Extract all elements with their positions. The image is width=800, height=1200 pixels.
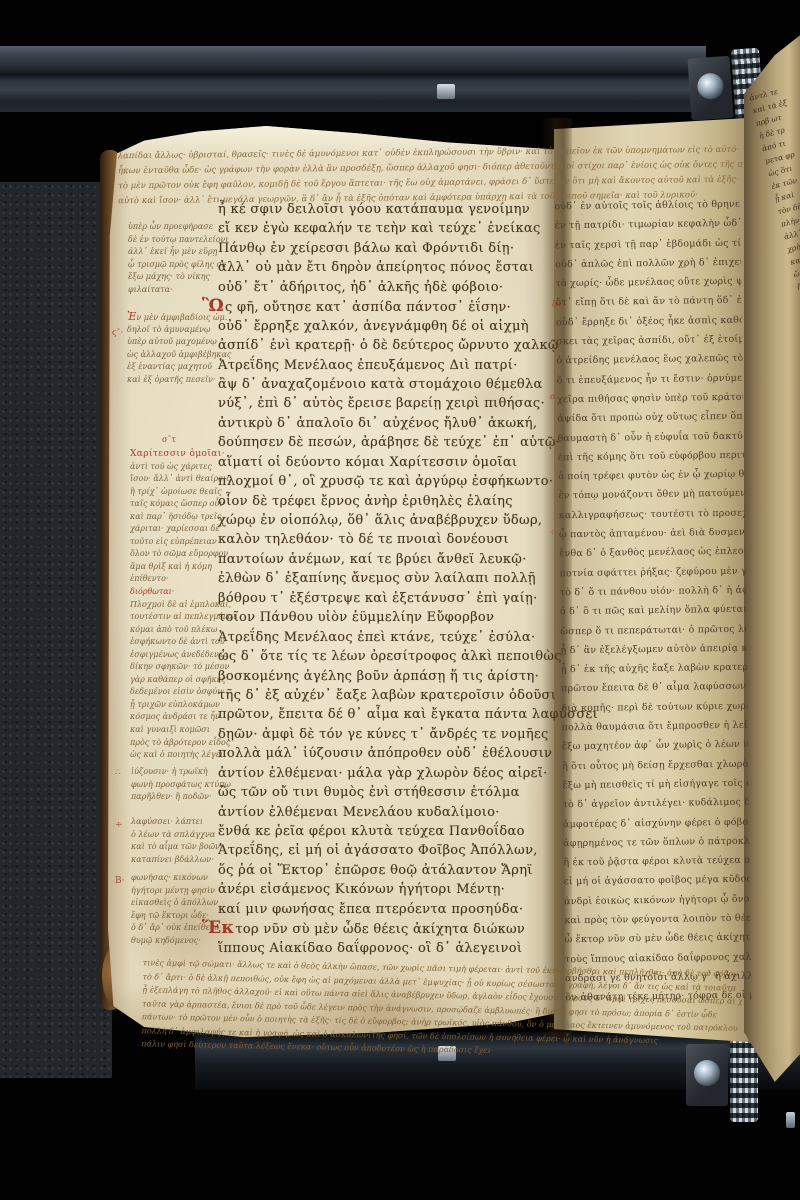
commentary-line: οὐδ᾽ ἔρρηξε δι᾽ ὀξέος ἧκε ἀσπὶς καθότι ο… — [556, 311, 742, 333]
verse-line: βοσκομένης ἀγέλης βοῦν ἁρπάσῃ ἥ τις ἀρίσ… — [218, 667, 554, 686]
scholion-line: καὶ τὸ αἷμα τῶν βοῶν — [131, 841, 219, 854]
commentary-line: ἀμφοτέρας δ᾽ αἰσχύνην φέρει ὁ φόβος τοῖς… — [563, 812, 749, 834]
scholion-line: ἴσου· ἄλλ᾽ ἀντὶ θεαίροις — [130, 473, 220, 486]
scholion-line: καὶ παρ᾽ ἡσιόδῳ τρεῖς — [130, 511, 220, 524]
commentary-line: τὸ δ᾽ ἀγρεῖον ἀντιλέγει· κυδάλιμος δ᾽ ὁ … — [563, 793, 749, 815]
scholion-body: ἀντὶ τοῦ ὡς χάριτεςἴσου· ἄλλ᾽ ἀντὶ θεαίρ… — [130, 461, 220, 762]
verse-text: δῃῶν· ἀμφὶ δὲ τόν γε κύνες τ᾽ ἄνδρές τε … — [218, 727, 549, 742]
verse-text: Ἀτρεΐδης Μενέλαος ἐπεὶ κτάνε, τεύχε᾽ ἐσύ… — [218, 630, 535, 645]
verse-text: ἵππους Αἰακίδαο δαΐφρονος· οἳ δ᾽ ἀλεγειν… — [218, 941, 522, 956]
commentary-line: ὦ ἕκτορ νῦν σὺ μὲν ὧδε θέεις ἀκίχητα διώ… — [564, 928, 750, 950]
verse-text: καί μιν φωνήσας ἔπεα πτερόεντα προσηύδα· — [218, 902, 523, 917]
scholion-line: καὶ ἐξ ὁρατῆς πεσεῖν· — [127, 374, 217, 387]
verse-text: τῆς δ᾽ ἐξ αὐχέν᾽ ἔαξε λαβὼν κρατεροῖσιν … — [218, 688, 556, 703]
commentary-line: χεῖρα πιθήσας φησὶν ὑπὲρ τοῦ κράτους δὲ … — [557, 388, 743, 410]
verse-line: ὅς ῥά οἱ Ἕκτορ᾽ ἐπῶρσε θοῷ ἀτάλαντον Ἄρη… — [218, 861, 554, 880]
verse-text: χώρῳ ἐν οἰοπόλῳ, ὅθ᾽ ἅλις ἀναβέβρυχεν ὕδ… — [218, 513, 542, 528]
facing-page-text: οὐδ᾽ ἐν αὐτοῖς τοῖς ἀθλίοις τὸ θρηνεῖν κ… — [554, 195, 752, 1028]
scholion-line: δηλοῖ τὸ ἀμυναμένῳ — [127, 324, 217, 337]
verse-line: ἀντίον ἐλθέμεναι Μενελάου κυδαλίμοιο· — [218, 803, 554, 822]
commentary-line: ἔνθα δ᾽ ὁ ξανθὸς μενέλαος ὡς ἐπλεονέκτησ… — [559, 542, 745, 564]
scholion-line: ᾗ τριχῶν εὐπλοκάμων — [130, 699, 220, 712]
verse-line: ἀνέρι εἰσάμενος Κικόνων ἡγήτορι Μέντῃ· — [218, 880, 554, 899]
verse-text: δούπησεν δὲ πεσών, ἀράβησε δὲ τεύχε᾽ ἐπ᾽… — [218, 435, 560, 450]
verse-line: ἔνθά κε ῥεῖα φέροι κλυτὰ τεύχεα Πανθοΐδα… — [218, 822, 554, 841]
scholion-line: ᾧ τρισμῷ πρὸς φίλης σε — [128, 259, 216, 272]
verse-line: Ἕκτορ νῦν σὺ μὲν ὧδε θέεις ἀκίχητα διώκω… — [218, 919, 554, 938]
verse-text: Ἀτρεΐδης, εἰ μή οἱ ἀγάσσατο Φοῖβος Ἀπόλλ… — [218, 843, 538, 858]
verse-line: Ἀτρεΐδης Μενέλαος ἐπευξάμενος Διὶ πατρί· — [218, 356, 554, 375]
verse-line: οὐδ᾽ ἔρρηξε χαλκόν, ἀνεγνάμφθη δέ οἱ αἰχ… — [218, 317, 554, 336]
scholia-block-a: ὑπὲρ ὧν προεφήρασεδὲ ἐν τούτῳ παντελείον… — [128, 221, 216, 296]
commentary-line: ἐν τῇ πατρίδι· τιμωρίαν κεφαλὴν ὧδ᾽ ὀνομ… — [554, 214, 740, 236]
scholion-line: ὑπὲρ αὐτοῦ μαχομένῳ — [127, 336, 217, 349]
scholion-line: ἐσφιγμένως ἀνεδέδεντο — [130, 649, 220, 662]
scholion-line: ἐπίθεντο· — [130, 573, 220, 586]
verse-line: νύξ᾽, ἐπὶ δ᾽ αὐτὸς ἔρεισε βαρείῃ χειρὶ π… — [218, 394, 554, 413]
scholion-line: τοῦτο εἰς εὐπρέπειαν — [130, 536, 220, 549]
verse-text: παντοίων ἀνέμων, καί τε βρύει ἄνθεϊ λευκ… — [218, 552, 527, 567]
commentary-line: θαυμαστὴ δ᾽ οὖν ἡ εὐφυΐα τοῦ δακτύλου κα… — [557, 426, 743, 448]
commentary-line: τὸ δ᾽ ὅ τι πάνθου υἱόν· πολλὴ δ᾽ ἡ ἀφορμ… — [560, 581, 746, 603]
verse-line: τῆς δ᾽ ἐξ αὐχέν᾽ ἔαξε λαβὼν κρατεροῖσιν … — [218, 686, 554, 705]
verse-line: ἀσπίδ᾽ ἐνὶ κρατερῇ· ὁ δὲ δεύτερος ὤρνυτο… — [218, 336, 554, 355]
commentary-line: ἢ ἐκ τοῦ ῥᾷστα φέροι κλυτὰ τεύχεα πανθοΐ… — [563, 851, 749, 873]
commentary-line: ποτνία σφάττει ῥήξας· ζεφύρου μὲν γὰρ τὸ… — [559, 561, 745, 583]
curled-fore-edge-page: ἀντλ τεκαὶ τὰ ἑξπρβ ωτἡ δὲ τρἀπό τιμετα … — [744, 22, 800, 1126]
commentary-line: ἐπὶ τῆς κόμης ὅτι τοῦ εὐφόρβου περιττῶς … — [558, 446, 744, 468]
scholion-line: φωνὴ προσφάτως κτύπῳ — [131, 779, 219, 792]
verse-text: εἴ κεν ἐγὼ κεφαλήν τε τεὴν καὶ τεύχε᾽ ἐν… — [218, 221, 541, 236]
commentary-line: τοὺς ἵππους αἰακίδαο δαΐφρονος χαλεποὶ δ… — [565, 947, 751, 969]
scholia-block-e: λαφύσσει· λάπτειὁ λέων τὰ σπλάγχνακαὶ τὸ… — [131, 816, 219, 866]
verse-line: χώρῳ ἐν οἰοπόλῳ, ὅθ᾽ ἅλις ἀναβέβρυχεν ὕδ… — [218, 511, 554, 530]
verse-initial: Ὣ — [202, 297, 224, 316]
scholia-mark: σ῀τ — [162, 435, 176, 444]
scholion-line: ἢ τρίχ᾽ ὡμοίωσε θεαῖς — [130, 486, 220, 499]
verse-line: ἂψ δ᾽ ἀναχαζομένοιο κατὰ στομάχοιο θέμεθ… — [218, 375, 554, 394]
verse-text: πολλὰ μάλ᾽ ἰύζουσιν ἀπόπροθεν οὐδ᾽ ἐθέλο… — [218, 746, 552, 761]
verse-text: ἀντικρὺ δ᾽ ἁπαλοῖο δι᾽ αὐχένος ἤλυθ᾽ ἀκω… — [218, 416, 537, 431]
commentary-line: σκει τὰς χεῖρας ἀσπίδι, οὔτ᾽ ἐξ ἑτοίμου … — [556, 330, 742, 352]
scholion-line: καταπίνει βδάλλων· — [131, 854, 219, 867]
scholion-line: ὅλον τὸ σῶμα εὔμορφον — [130, 548, 220, 561]
verse-line: ἀντικρὺ δ᾽ ἁπαλοῖο δι᾽ αὐχένος ἤλυθ᾽ ἀκω… — [218, 414, 554, 433]
scholion-line: δίκην σφηκῶν· τὸ μέσον — [130, 661, 220, 674]
commentary-line: πρῶτον ἔπειτα δὲ θ᾽ αἷμα λαφύσσων ἀναφαν… — [561, 677, 747, 699]
verse-line: Ἀτρεΐδης, εἰ μή οἱ ἀγάσσατο Φοῖβος Ἀπόλλ… — [218, 841, 554, 860]
commentary-line: διὰ κοπῆς· περὶ δὲ τούτων κύριε χωρεῖ μέ… — [561, 696, 747, 718]
background-felt-panel — [0, 182, 112, 1078]
verse-text: ἐλθὼν δ᾽ ἐξαπίνης ἄνεμος σὺν λαίλαπι πολ… — [218, 571, 536, 586]
commentary-line: ᾧ παντὸς ἁπταμένου· ἀεὶ διὰ δυσμενείας α… — [559, 523, 745, 545]
commentary-line: ὅ τι ἐπευξάμενος ἦν τι ἔστιν· ὀρνύμενος … — [557, 368, 743, 390]
verse-text: τορ νῦν σὺ μὲν ὧδε θέεις ἀκίχητα διώκων — [235, 922, 525, 937]
verse-text: ὣς τῶν οὔ τινι θυμὸς ἐνὶ στήθεσσιν ἐτόλμ… — [218, 785, 520, 800]
scholion-line: ἔξω μάχης· τὸ νίκης — [128, 271, 216, 284]
commentary-line: ὥσπερ ὅ τι πεπεράτωται· ὁ πρῶτος λαμβανό… — [560, 619, 746, 641]
commentary-line: ὃν ἀθανάτη τέκε μήτηρ· τόφρα δέ οἱ μενέλ… — [565, 986, 751, 1008]
scholion-line: ὁ λέων τὰ σπλάγχνα — [131, 829, 219, 842]
scholion-line: φωνήσας· κικόνων — [131, 872, 219, 885]
scholia-siglum: Β· — [115, 876, 124, 886]
verse-line: καλὸν τηλεθάον· τὸ δέ τε πνοιαὶ δονέουσι — [218, 530, 554, 549]
scholion-line: ἐξ ἐναντίας μαχητοῦ — [127, 361, 217, 374]
verse-line: πρῶτον, ἔπειτα δέ θ᾽ αἷμα καὶ ἔγκατα πάν… — [218, 705, 554, 724]
scholion-line: παρῆλθεν· ἢ ποδῶν· — [131, 791, 219, 804]
verse-line: δούπησεν δὲ πεσών, ἀράβησε δὲ τεύχε᾽ ἐπ᾽… — [218, 433, 554, 452]
scholia-block-d: ἰύζουσιν· ἡ τρωϊκὴφωνὴ προσφάτως κτύπῳπα… — [131, 766, 219, 804]
commentary-line: ὁ ποίη τρέφει φυτὸν ὡς ἐν ᾧ χωρίῳ θάλλον… — [558, 465, 744, 487]
scholia-siglum: ϛ῀· — [112, 328, 123, 337]
scholion-line: διόρθωται· — [130, 586, 220, 599]
fore-edge-text: ἀντλ τεκαὶ τὰ ἑξπρβ ωτἡ δὲ τρἀπό τιμετα … — [748, 79, 800, 470]
verse-text: ἀλλ᾽ οὐ μὰν ἔτι δηρὸν ἀπείρητος πόνος ἔσ… — [218, 260, 534, 275]
commentary-line: ὅτ᾽ εἴπῃ ὅτι δὲ καὶ ἄν τὸ πάντη ὅδ᾽ ἐς ὅ… — [556, 291, 742, 313]
commentary-line: ἔξω μαχητέον ἀφ᾽ ὧν χωρὶς ὁ λέων νομῆας … — [562, 735, 748, 757]
commentary-line: ἀφῃρημένος τε τῶν ὅπλων ὁ πάτροκλος ἔκει… — [563, 831, 749, 853]
scholion-line: ἀλλ᾽ ἐκεῖ ἦν μὲν εὕρῃ — [128, 246, 216, 259]
verse-line: δῃῶν· ἀμφὶ δὲ τόν γε κύνες τ᾽ ἄνδρές τε … — [218, 725, 554, 744]
scholion-line: ἰύζουσιν· ἡ τρωϊκὴ — [131, 766, 219, 779]
verse-line: εἴ κεν ἐγὼ κεφαλήν τε τεὴν καὶ τεύχε᾽ ἐν… — [218, 219, 554, 238]
scholion-line: ἀντὶ τοῦ ὡς χάριτες — [130, 461, 220, 474]
commentary-line: ἐν ταῖς χερσὶ τῇ παρ᾽ ἑβδομάδι ὡς τίς δό… — [555, 233, 741, 255]
scholion-line: κόμαι ἀπὸ τοῦ πλέκω — [130, 624, 220, 637]
commentary-line: ᾗ δ᾽ ἐκ τῆς αὐχῆς ἔαξε λαβὼν κρατεροῖσιν… — [561, 658, 747, 680]
verse-text: βοσκομένης ἀγέλης βοῦν ἁρπάσῃ ἥ τις ἀρίσ… — [218, 669, 539, 684]
commentary-line: καὶ πρὸς τὸν φεύγοντα λοιπὸν τὸ θέειν ἀκ… — [564, 909, 750, 931]
verse-line: Ἀτρεΐδης Μενέλαος ἐπεὶ κτάνε, τεύχε᾽ ἐσύ… — [218, 628, 554, 647]
scholia-block-b: Ἐν μὲν ἀμφιβαδίοις ὠμ.δηλοῖ τὸ ἀμυναμένῳ… — [127, 311, 217, 386]
commentary-line: ὁ ἀτρείδης μενέλαος ἕως χαλεπῶς τὸ παρει… — [556, 349, 742, 371]
verse-line: ἦ κέ σφιν δειλοῖσι γόου κατάπαυμα γενοίμ… — [218, 200, 554, 219]
verse-line: τοῖον Πάνθου υἱὸν ἐϋμμελίην Εὔφορβον — [218, 608, 554, 627]
scholion-line: ἅμα θρὶξ καὶ ἡ κόμη — [130, 561, 220, 574]
commentary-line: ᾗ δ᾽ ἂν ἐξελέγξωμεν αὐτὸν ἀπειρίᾳ κινδυν… — [560, 639, 746, 661]
rubric-siglum: ὅτ· — [552, 300, 564, 309]
cradle-rail-top — [0, 46, 706, 112]
scholion-line: ὡς ἀλλαχοῦ ἀμφιβέβηκας — [127, 349, 217, 362]
verse-line: ὣς τῶν οὔ τινι θυμὸς ἐνὶ στήθεσσιν ἐτόλμ… — [218, 783, 554, 802]
verse-text: καλὸν τηλεθάον· τὸ δέ τε πνοιαὶ δονέουσι — [218, 532, 509, 547]
scholion-lemma: Χαρίτεσσιν ὁμοῖαι· — [130, 448, 220, 461]
commentary-line: ἀνδράσι γε θνητοῖσι ἄλλῳ γ᾽ ἢ ἀχιλλῆϊ μά… — [565, 967, 751, 989]
verse-line: ἀλλ᾽ οὐ μὰν ἔτι δηρὸν ἀπείρητος πόνος ἔσ… — [218, 258, 554, 277]
commentary-line: πολλὰ θαυμάσια ὅτι ἔμπροσθεν ἡ λεία δι᾽ … — [561, 716, 747, 738]
scholia-block-c: Χαρίτεσσιν ὁμοῖαι· ἀντὶ τοῦ ὡς χάριτεςἴσ… — [130, 448, 220, 762]
commentary-line: τὸ χωρίς· ὧδε μενέλαος οὔτε χωρὶς ψυχῆς … — [555, 272, 741, 294]
verse-line: οὐδ᾽ ἔτ᾽ ἀδήριτος, ἠδ᾽ ἀλκῆς ἠδὲ φόβοιο· — [218, 278, 554, 297]
verse-text: τοῖον Πάνθου υἱὸν ἐϋμμελίην Εὔφορβον — [218, 610, 494, 625]
scholion-line: εἰκασθεὶς ὁ ἀπόλλων — [131, 897, 219, 910]
verse-text: βόθρου τ᾽ ἐξέστρεψε καὶ ἐξετάνυσσ᾽ ἐπὶ γ… — [218, 591, 538, 606]
manuscript-photo-scene: ἀντλ τεκαὶ τὰ ἑξπρβ ωτἡ δὲ τρἀπό τιμετα … — [0, 0, 800, 1200]
scholion-line: Πλοχμοὶ δὲ αἱ ἐμπλοκαί, — [130, 599, 220, 612]
clamp-screw — [694, 1060, 720, 1086]
verse-text: ἔνθά κε ῥεῖα φέροι κλυτὰ τεύχεα Πανθοΐδα… — [218, 824, 525, 839]
scholion-line: πρὸς τὸ ἁβρότερον εἶδος — [130, 737, 220, 750]
commentary-line: καλλιγραφήσεως· τουτέστι τὸ προσεχὲς ἀφο… — [559, 503, 745, 525]
verse-text: ἀσπίδ᾽ ἐνὶ κρατερῇ· ὁ δὲ δεύτερος ὤρνυτο… — [218, 338, 559, 353]
scholion-line: ἐσφήκωντο δὲ ἀντὶ τοῦ — [130, 636, 220, 649]
verse-text: ἀντίον ἐλθέμεναι· μάλα γὰρ χλωρὸν δέος α… — [218, 766, 548, 781]
commentary-line: οὐδ᾽ ἁπλῶς ἐπὶ πολλῶν χρὴ δ᾽ ἐπιχειρεῖν … — [555, 253, 741, 275]
scholion-line: χάριται· χαρίεσσαι δὲ — [130, 523, 220, 536]
verse-line: πλοχμοί θ᾽, οἳ χρυσῷ τε καὶ ἀργύρῳ ἐσφήκ… — [218, 472, 554, 491]
verse-text: ὡς δ᾽ ὅτε τίς τε λέων ὀρεσίτροφος ἀλκὶ π… — [218, 649, 562, 664]
verse-line: καί μιν φωνήσας ἔπεα πτερόεντα προσηύδα· — [218, 900, 554, 919]
commentary-line: ὁ δ᾽ ὅ τι πῶς καὶ μελίην ὅπλα φύεται· τὸ… — [560, 600, 746, 622]
scholion-line: δεδεμένοι εἰσὶν ὀσφύν· — [130, 686, 220, 699]
commentary-line: ἀνδρὶ ἐοικὼς κικόνων ἡγήτορι ᾧ ὄνομα μέν… — [564, 889, 750, 911]
verse-text: ὅς ῥά οἱ Ἕκτορ᾽ ἐπῶρσε θοῷ ἀτάλαντον Ἄρη… — [218, 863, 533, 878]
scholia-siglum: ÷ — [115, 820, 123, 830]
commentary-line: ἐν τόπῳ μονάζοντι ὅθεν μὴ πατούμενον μέν… — [558, 484, 744, 506]
verse-line: οἷον δὲ τρέφει ἔρνος ἀνὴρ ἐριθηλὲς ἐλαίη… — [218, 492, 554, 511]
scholion-line: λαφύσσει· λάπτει — [131, 816, 219, 829]
verse-text: ἦ κέ σφιν δειλοῖσι γόου κατάπαυμα γενοίμ… — [218, 202, 530, 217]
scholion-line: ὡς καὶ ὁ ποιητὴς λέγει· — [130, 749, 220, 762]
verse-text: ἂψ δ᾽ ἀναχαζομένοιο κατὰ στομάχοιο θέμεθ… — [218, 377, 543, 392]
verse-line: πολλὰ μάλ᾽ ἰύζουσιν ἀπόπροθεν οὐδ᾽ ἐθέλο… — [218, 744, 554, 763]
verse-text: νύξ᾽, ἐπὶ δ᾽ αὐτὸς ἔρεισε βαρείῃ χειρὶ π… — [218, 396, 545, 411]
verse-line: ὡς δ᾽ ὅτε τίς τε λέων ὀρεσίτροφος ἀλκὶ π… — [218, 647, 554, 666]
verse-text: πρῶτον, ἔπειτα δέ θ᾽ αἷμα καὶ ἔγκατα πάν… — [218, 707, 598, 722]
scholion-line: δὲ ἐν τούτῳ παντελείονι — [128, 234, 216, 247]
verse-text: οἷον δὲ τρέφει ἔρνος ἀνὴρ ἐριθηλὲς ἐλαίη… — [218, 494, 513, 509]
verse-line: ἐλθὼν δ᾽ ἐξαπίνης ἄνεμος σὺν λαίλαπι πολ… — [218, 569, 554, 588]
commentary-line: ἀψίδα ὅτι προπὼ οὐχ οὕτως εἶπεν ὅπλων ἐπ… — [557, 407, 743, 429]
verse-line: Ὣς φῆ, οὔτησε κατ᾽ ἀσπίδα πάντοσ᾽ ἐΐσην· — [218, 297, 554, 316]
commentary-line: εἰ μή οἱ ἀγάσσατο φοῖβος μέγα κῦδος ἀπόλ… — [564, 870, 750, 892]
verse-text: Πάνθῳ ἐν χείρεσσι βάλω καὶ Φρόντιδι δίῃ· — [218, 241, 514, 256]
verse-line: Πάνθῳ ἐν χείρεσσι βάλω καὶ Φρόντιδι δίῃ· — [218, 239, 554, 258]
verse-text: πλοχμοί θ᾽, οἳ χρυσῷ τε καὶ ἀργύρῳ ἐσφήκ… — [218, 474, 553, 489]
scholion-line: τουτέστιν αἱ πεπλεγμέναι — [130, 611, 220, 624]
scholion-line: κόσμος ἀνδράσι τε ἦν — [130, 711, 220, 724]
scholion-line: ὑπὲρ ὧν προεφήρασε — [128, 221, 216, 234]
verse-line: παντοίων ἀνέμων, καί τε βρύει ἄνθεϊ λευκ… — [218, 550, 554, 569]
verse-text: ἀντίον ἐλθέμεναι Μενελάου κυδαλίμοιο· — [218, 805, 500, 820]
rubric-siglum: σ῀ — [550, 392, 559, 401]
commentary-line: ἢ ὅτι οὗτος μὴ δείσῃ ἔρχεσθαι χλωρὸν δέο… — [562, 754, 748, 776]
commentary-line: ἔξω μὴ πεισθεὶς τί μὴ εἰσήγαγε τοῖς στήθ… — [562, 774, 748, 796]
verse-initial: Ἕκ — [202, 919, 234, 938]
metal-glint — [786, 1112, 795, 1128]
verse-text: οὐδ᾽ ἔτ᾽ ἀδήριτος, ἠδ᾽ ἀλκῆς ἠδὲ φόβοιο· — [218, 280, 503, 295]
verse-line: βόθρου τ᾽ ἐξέστρεψε καὶ ἐξετάνυσσ᾽ ἐπὶ γ… — [218, 589, 554, 608]
verse-line: αἵματί οἱ δεύοντο κόμαι Χαρίτεσσιν ὁμοῖα… — [218, 453, 554, 472]
scholion-line: φιλαίτατα· — [128, 284, 216, 297]
rubric-siglum: ⁘ — [549, 528, 556, 537]
verse-line: ἵππους Αἰακίδαο δαΐφρονος· οἳ δ᾽ ἀλεγειν… — [218, 939, 554, 958]
verse-text: οὐδ᾽ ἔρρηξε χαλκόν, ἀνεγνάμφθη δέ οἱ αἰχ… — [218, 319, 529, 334]
scholion-line: γὰρ καθάπερ οἱ σφῆκες — [130, 674, 220, 687]
verse-text: ς φῆ, οὔτησε κατ᾽ ἀσπίδα πάντοσ᾽ ἐΐσην· — [225, 300, 511, 315]
rail-clip-top — [437, 84, 455, 99]
verse-text: Ἀτρεΐδης Μενέλαος ἐπευξάμενος Διὶ πατρί· — [218, 358, 518, 373]
verse-text: ἀνέρι εἰσάμενος Κικόνων ἡγήτορι Μέντῃ· — [218, 882, 505, 897]
commentary-line: οὐδ᾽ ἐν αὐτοῖς τοῖς ἀθλίοις τὸ θρηνεῖν κ… — [554, 195, 740, 217]
scholion-line: ἡγήτορι μέντῃ φησὶν — [131, 885, 219, 898]
main-verse-column: ἦ κέ σφιν δειλοῖσι γόου κατάπαυμα γενοίμ… — [218, 200, 554, 958]
scholion-line: ταῖς κόμαις ὥσπερ οὖν — [130, 498, 220, 511]
verse-line: ἀντίον ἐλθέμεναι· μάλα γὰρ χλωρὸν δέος α… — [218, 764, 554, 783]
scholia-siglum: ∴ — [115, 768, 121, 778]
verse-text: αἵματί οἱ δεύοντο κόμαι Χαρίτεσσιν ὁμοῖα… — [218, 455, 517, 470]
scholion-line: καὶ γυναιξὶ κομῶσι — [130, 724, 220, 737]
